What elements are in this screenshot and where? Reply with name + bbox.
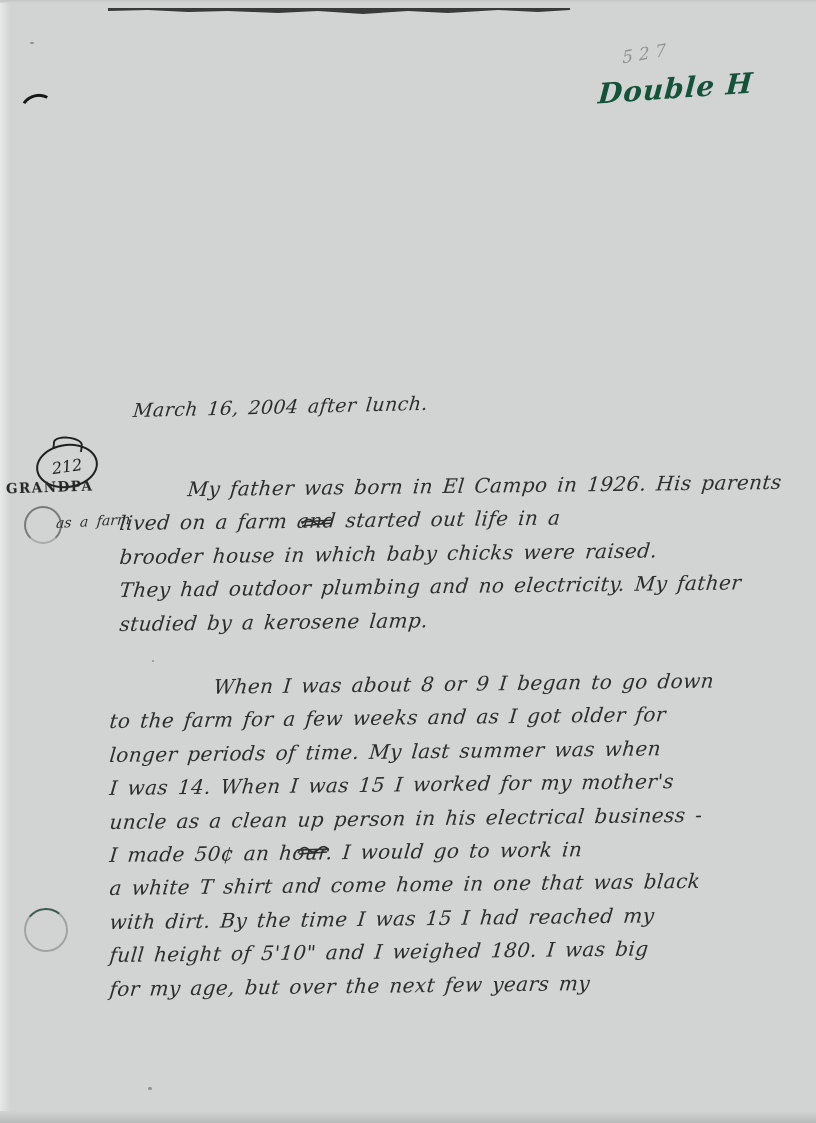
page-left-edge-shading <box>0 0 10 1123</box>
handwritten-line: for my age, but over the next few years … <box>108 965 752 1006</box>
paragraph-1: My father was born in El Campo in 1926. … <box>118 474 738 641</box>
margin-label-grandpa: GRANDPA <box>6 478 94 497</box>
handwritten-line: studied by a kerosene lamp. <box>118 600 742 641</box>
scan-artifact-strip <box>108 0 570 7</box>
hole-punch-bottom <box>22 906 70 954</box>
hole-punch-top <box>17 90 60 130</box>
name-annotation-green-ink: Double H <box>597 66 754 110</box>
page-bottom-edge-shadow <box>0 1111 816 1123</box>
paragraph-2: When I was about 8 or 9 I began to go do… <box>108 672 748 1006</box>
pencil-page-number: 527 <box>622 40 672 69</box>
date-line: March 16, 2004 after lunch. <box>132 393 429 422</box>
stray-mark <box>148 1087 152 1090</box>
circled-number-text: 212 <box>51 454 84 477</box>
stray-mark <box>30 42 34 44</box>
stray-mark <box>152 660 154 662</box>
